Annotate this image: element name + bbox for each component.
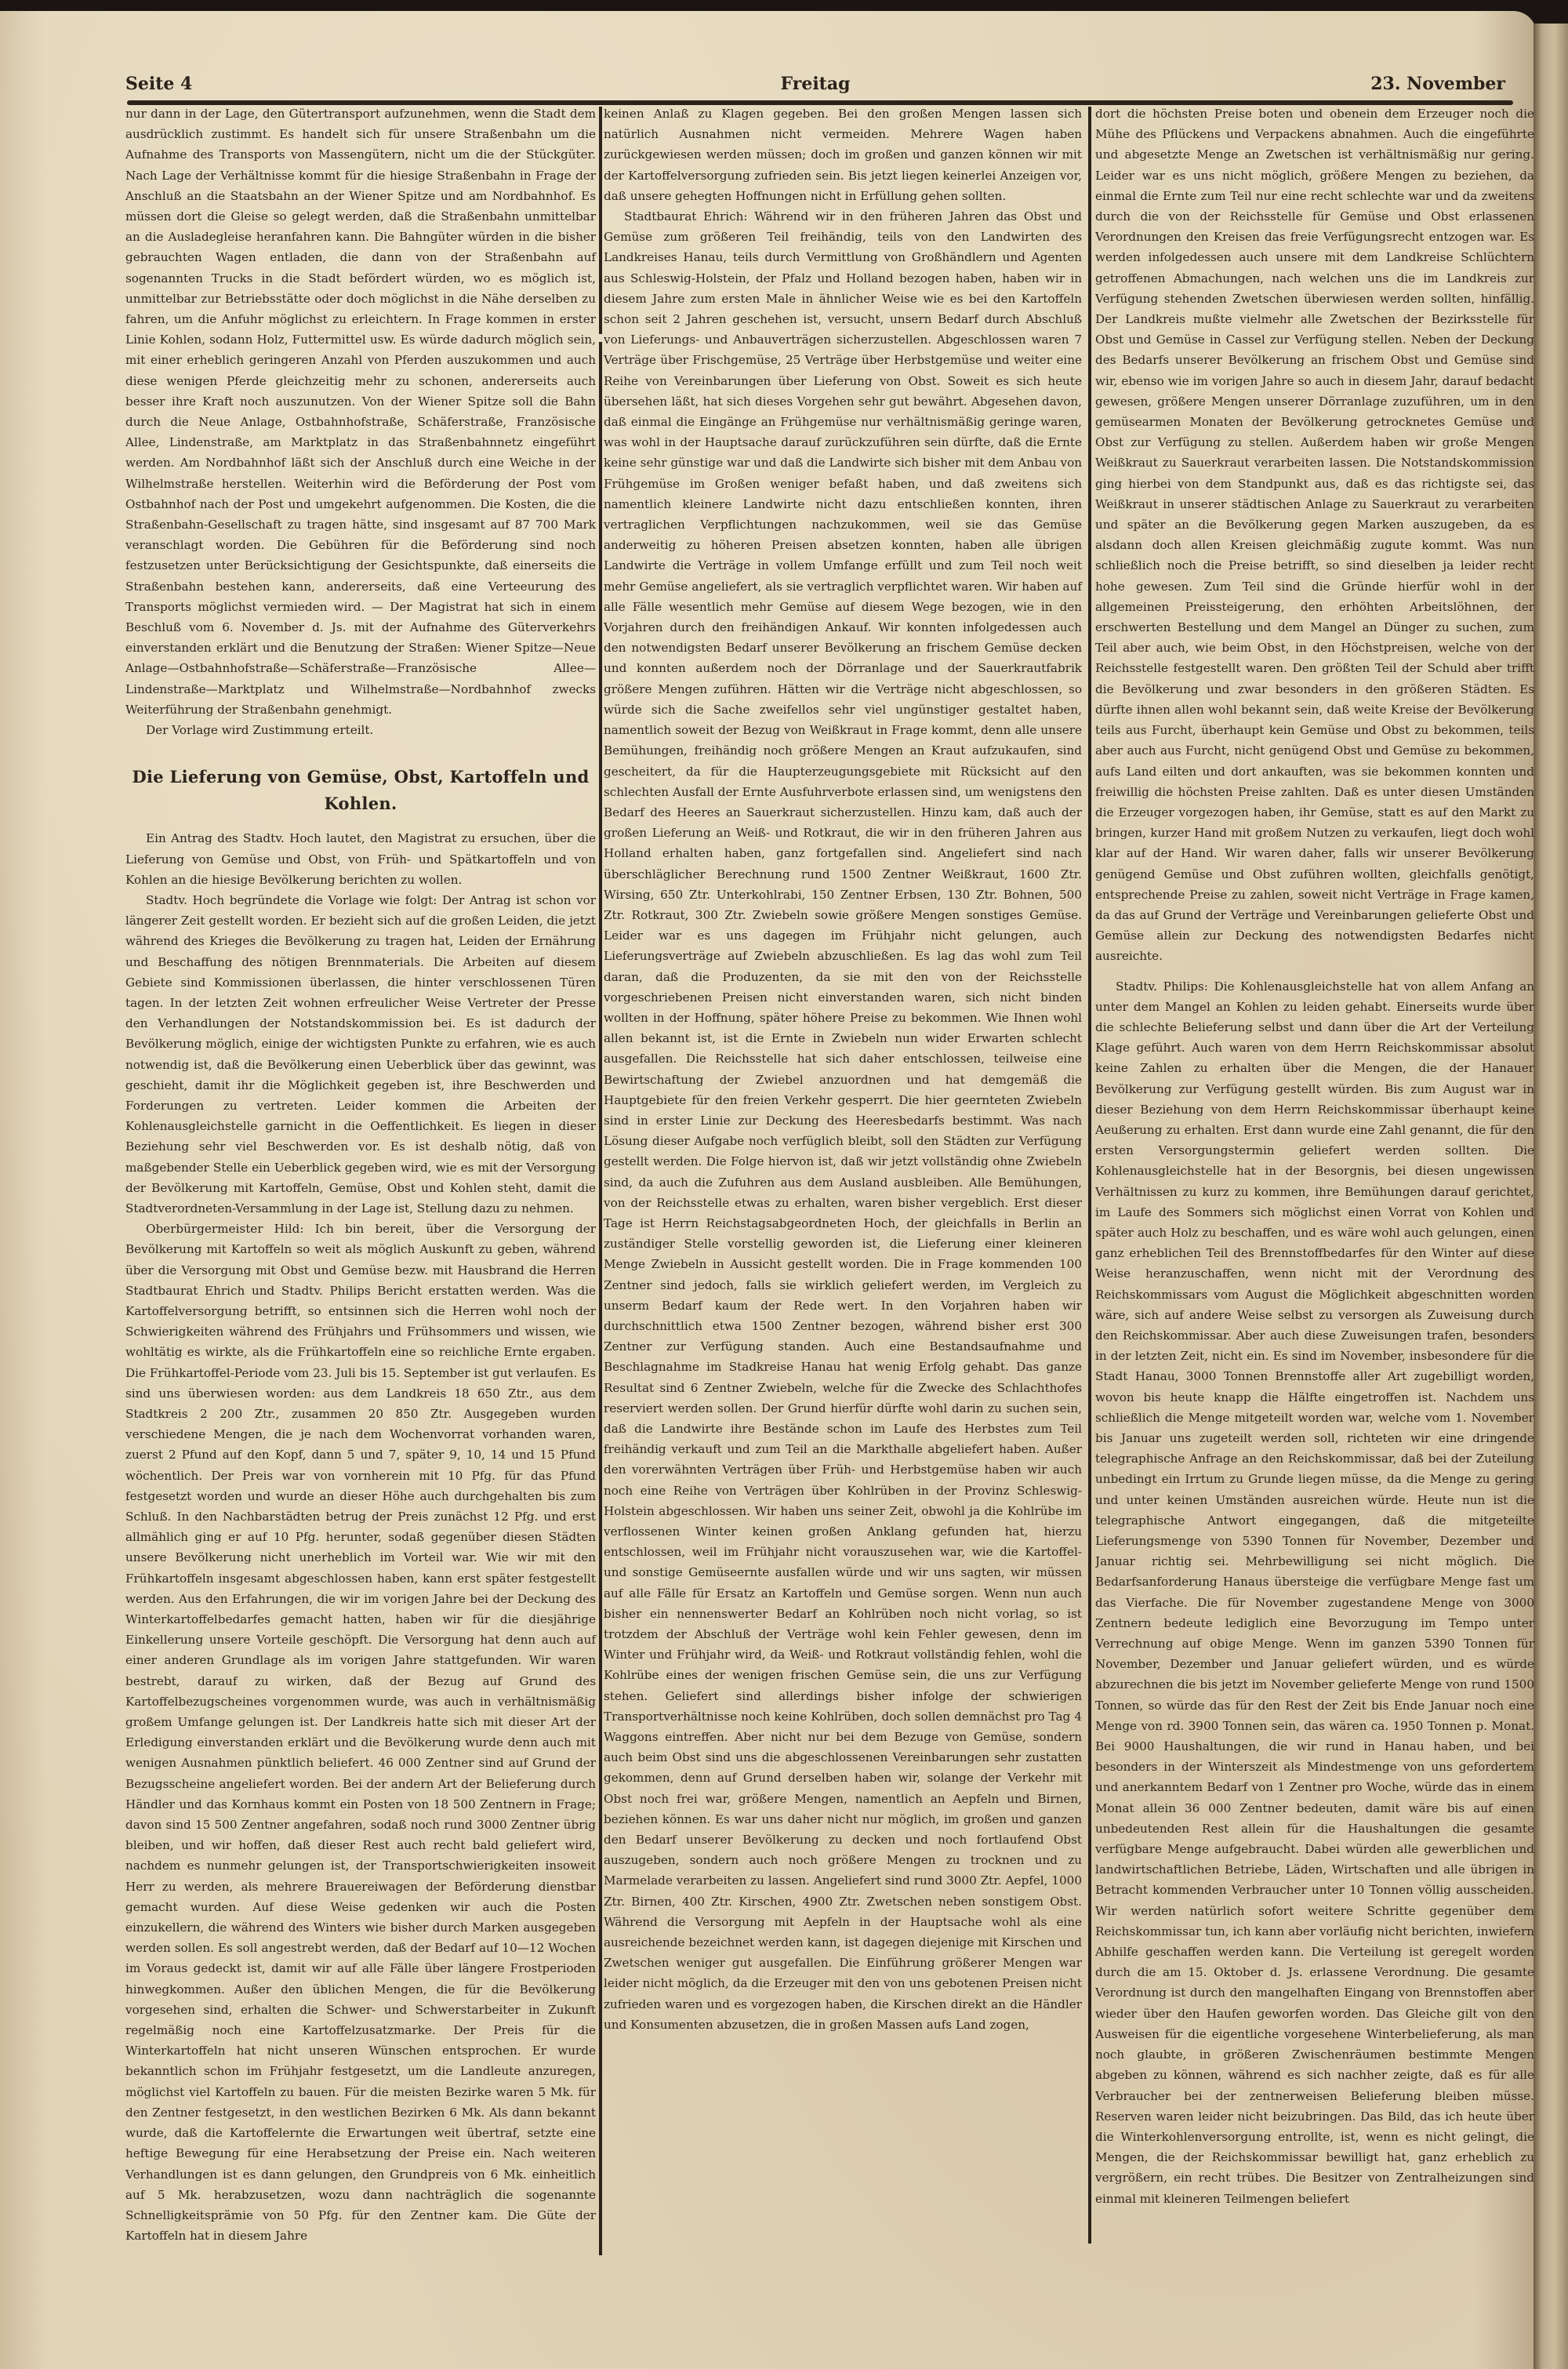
article-paragraph: Der Vorlage wird Zustimmung erteilt.	[125, 720, 596, 740]
article-paragraph: Stadtv. Philips: Die Kohlenausgleichstel…	[1095, 976, 1534, 2209]
issue-date: 23. November	[1370, 74, 1505, 94]
weekday: Freitag	[125, 74, 1505, 94]
article-headline: Die Lieferung von Gemüse, Obst, Kartoffe…	[132, 764, 590, 817]
column-3: dort die höchsten Preise boten und obene…	[1095, 104, 1534, 2209]
column-1: nur dann in der Lage, den Gütertransport…	[125, 104, 596, 2246]
column-divider-2	[1088, 107, 1091, 2244]
column-divider-1b	[599, 342, 602, 2255]
column-divider-1	[599, 107, 602, 334]
article-paragraph: Stadtbaurat Ehrich: Während wir in den f…	[604, 206, 1082, 2035]
article-paragraph: Ein Antrag des Stadtv. Hoch lautet, den …	[125, 828, 596, 890]
page-fold-edge	[1534, 24, 1568, 2369]
article-paragraph: keinen Anlaß zu Klagen gegeben. Bei den …	[604, 104, 1082, 206]
article-paragraph: nur dann in der Lage, den Gütertransport…	[125, 104, 596, 720]
page-header: Seite 4 Freitag 23. November	[125, 69, 1505, 100]
article-paragraph: Oberbürgermeister Hild: Ich bin bereit, …	[125, 1219, 596, 2246]
article-paragraph: dort die höchsten Preise boten und obene…	[1095, 104, 1534, 967]
article-paragraph: Stadtv. Hoch begründete die Vorlage wie …	[125, 890, 596, 1219]
column-2: keinen Anlaß zu Klagen gegeben. Bei den …	[604, 104, 1082, 2035]
